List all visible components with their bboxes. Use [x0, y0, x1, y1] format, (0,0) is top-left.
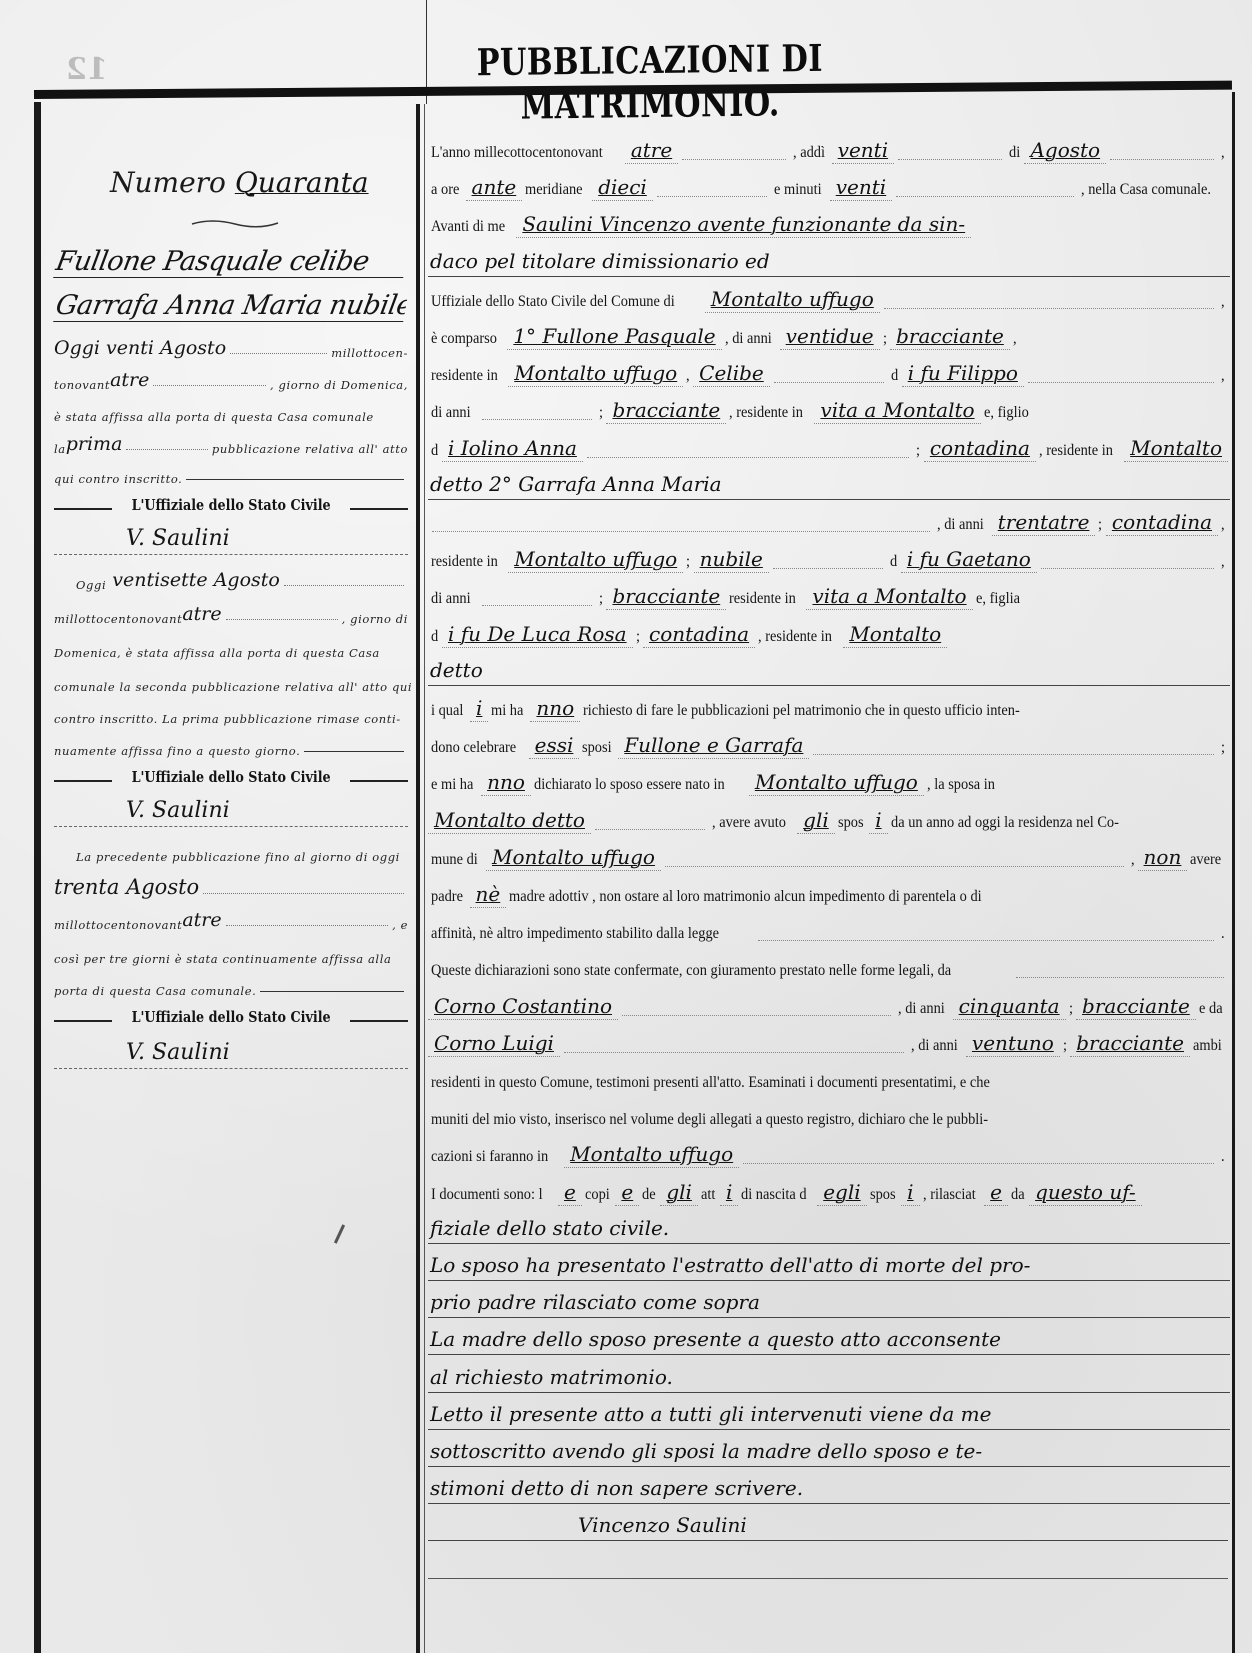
printed-text: d: [891, 367, 898, 387]
printed-text: e, figlia: [976, 590, 1020, 610]
printed-text: , rilasciat: [923, 1186, 976, 1206]
printed-text: ambi: [1193, 1037, 1222, 1057]
officer-heading-3: L'Uffiziale dello Stato Civile: [54, 1008, 408, 1026]
handwritten-entry: bracciante: [890, 324, 1010, 350]
blank-fill-line: [657, 196, 767, 197]
handwritten-entry: gli: [660, 1180, 698, 1206]
handwritten-entry: nno: [530, 696, 580, 722]
handwritten-entry: Montalto detto: [428, 808, 591, 834]
form-line: di Iolino Anna;contadina, residente inMo…: [428, 432, 1228, 462]
blank-fill-line: [622, 1015, 891, 1016]
printed-text: è comparso: [431, 330, 497, 350]
handwritten-entry: contadina: [1106, 510, 1218, 536]
printed-text: di nascita d: [741, 1186, 807, 1206]
printed-text: ,: [1131, 851, 1135, 871]
handwritten-entry: vita a Montalto: [806, 584, 972, 610]
printed-text: sposi: [582, 739, 612, 759]
printed-text: , avere avuto: [712, 814, 786, 834]
printed-text: di anni: [431, 404, 471, 424]
printed-text: , residente in: [758, 628, 832, 648]
frame-right-border: [1232, 92, 1235, 1653]
handwritten-entry: non: [1138, 845, 1188, 871]
handwritten-entry: venti: [832, 138, 894, 164]
form-line: residente inMontalto uffugo;nubiledi fu …: [428, 543, 1228, 573]
first-pub-line-5: qui contro inscritto.: [54, 458, 408, 486]
printed-text: muniti del mio visto, inserisco nel volu…: [431, 1111, 988, 1131]
blank-fill-line: [1041, 568, 1214, 569]
form-line: i qualimi hannorichiesto di fare le pubb…: [428, 692, 1228, 722]
form-line: affinità, nè altro impedimento stabilito…: [428, 915, 1228, 945]
handwritten-entry: i fu Gaetano: [901, 547, 1037, 573]
handwritten-entry: bracciante: [1076, 994, 1196, 1020]
frame-left-border: [34, 102, 41, 1653]
form-line: di anni;braccianteresidente invita a Mon…: [428, 580, 1228, 610]
printed-text: spos: [838, 814, 864, 834]
blank-fill-line: [1028, 382, 1214, 383]
frame-column-divider: [416, 104, 420, 1653]
blank-fill-line: [813, 754, 1213, 755]
stray-ink-mark: [334, 1224, 345, 1243]
handwritten-entry: atre: [625, 138, 678, 164]
printed-text: ;: [686, 553, 690, 573]
printed-text: d: [890, 553, 897, 573]
form-line: Montalto detto, avere avutoglisposida un…: [428, 804, 1228, 834]
printed-text: L'anno millecottocentonovant: [431, 144, 603, 164]
printed-text: de: [642, 1186, 656, 1206]
officer-signature-1: V. Saulini: [54, 524, 408, 555]
handwritten-line: sottoscritto avendo gli sposi la madre d…: [428, 1436, 1230, 1467]
form-line: residente inMontalto uffugo,Celibedi fu …: [428, 357, 1228, 387]
handwritten-entry: bracciante: [606, 398, 726, 424]
printed-text: residente in: [431, 553, 498, 573]
printed-text: richiesto di fare le pubblicazioni pel m…: [583, 702, 1020, 722]
handwritten-line: daco pel titolare dimissionario ed: [428, 246, 1230, 277]
printed-text: ,: [1221, 144, 1225, 164]
handwritten-line: detto: [428, 655, 1230, 686]
printed-text: mune di: [431, 851, 478, 871]
printed-text: ;: [1063, 1037, 1067, 1057]
handwritten-line: prio padre rilasciato come sopra: [428, 1287, 1230, 1318]
printed-text: ;: [1221, 739, 1225, 759]
handwritten-entry: egli: [817, 1180, 866, 1206]
printed-text: d: [431, 442, 438, 462]
blank-fill-line: [1016, 977, 1224, 978]
printed-text: da: [1011, 1186, 1025, 1206]
record-number: Numero Quaranta: [110, 166, 369, 199]
first-pub-line-3: è stata affissa alla porta di questa Cas…: [54, 396, 408, 424]
printed-text: ;: [883, 330, 887, 350]
printed-text: , nella Casa comunale.: [1081, 181, 1211, 201]
printed-text: madre adottiv , non ostare al loro matri…: [509, 888, 982, 908]
printed-text: ,: [1013, 330, 1017, 350]
printed-text: ,: [1221, 367, 1225, 387]
form-line: Corno Luigi, di anniventuno;braccianteam…: [428, 1027, 1228, 1057]
handwritten-entry: Fullone e Garrafa: [618, 733, 809, 759]
handwritten-entry: venti: [830, 175, 892, 201]
printed-text: di anni: [431, 590, 471, 610]
handwritten-entry: cinquanta: [953, 994, 1066, 1020]
handwritten-entry: questo uf-: [1029, 1180, 1142, 1206]
printed-text: padre: [431, 888, 463, 908]
third-pub-line-5: porta di questa Casa comunale.: [54, 970, 408, 998]
handwritten-line: al richiesto matrimonio.: [428, 1362, 1230, 1393]
handwritten-entry: Montalto uffugo: [705, 287, 880, 313]
handwritten-entry: Corno Costantino: [428, 994, 618, 1020]
record-number-value: Quaranta: [235, 166, 369, 199]
blank-fill-line: [482, 605, 592, 606]
blank-fill-line: [665, 866, 1124, 867]
handwritten-entry: i fu Filippo: [902, 361, 1024, 387]
handwritten-entry: Celibe: [693, 361, 770, 387]
handwritten-entry: nubile: [694, 547, 769, 573]
handwritten-entry: trentatre: [992, 510, 1096, 536]
second-pub-line-3: Domenica, è stata affissa alla porta di …: [54, 632, 408, 660]
printed-text: , di anni: [911, 1037, 958, 1057]
printed-text: cazioni si faranno in: [431, 1148, 548, 1168]
form-line: a oreantemeridianediecie minutiventi, ne…: [428, 171, 1228, 201]
third-pub-line-3: millottocentonovant atre , e: [54, 904, 408, 932]
handwritten-line: fiziale dello stato civile.: [428, 1213, 1230, 1244]
blank-fill-line: [595, 829, 705, 830]
printed-text: mi ha: [491, 702, 523, 722]
second-pub-line-6: nuamente affissa fino a questo giorno.: [54, 730, 408, 758]
handwritten-entry: bracciante: [1070, 1031, 1190, 1057]
second-pub-line-2: millottocentonovant atre , giorno di: [54, 598, 408, 626]
printed-text: , addì: [793, 144, 825, 164]
form-line: è comparso1° Fullone Pasquale, di annive…: [428, 320, 1228, 350]
blank-fill-line: [482, 419, 592, 420]
printed-text: att: [701, 1186, 715, 1206]
printed-text: d: [431, 628, 438, 648]
handwritten-entry: gli: [797, 808, 835, 834]
officer-heading-2: L'Uffiziale dello Stato Civile: [54, 768, 408, 786]
handwritten-entry: Agosto: [1024, 138, 1106, 164]
printed-text: i qual: [431, 702, 463, 722]
form-line: muniti del mio visto, inserisco nel volu…: [428, 1101, 1228, 1131]
printed-text: , la sposa in: [927, 776, 995, 796]
first-pub-line-2: tonovant atre , giorno di Domenica,: [54, 364, 408, 392]
form-line: mune diMontalto uffugo,nonavere: [428, 841, 1228, 871]
form-line: di anni;bracciante, residente invita a M…: [428, 394, 1228, 424]
handwritten-entry: ante: [466, 175, 523, 201]
handwritten-entry: 1° Fullone Pasquale: [507, 324, 721, 350]
printed-text: , di anni: [898, 1000, 945, 1020]
printed-text: residente in: [729, 590, 796, 610]
printed-text: dichiarato lo sposo essere nato in: [534, 776, 725, 796]
first-pub-line-4: la prima pubblicazione relativa all' att…: [54, 428, 408, 456]
third-pub-line-1: La precedente pubblicazione fino al gior…: [54, 836, 408, 864]
blank-fill-line: [896, 196, 1073, 197]
printed-text: Queste dichiarazioni sono state conferma…: [431, 962, 951, 982]
printed-text: residente in: [431, 367, 498, 387]
blank-fill-line: [758, 940, 1214, 941]
handwritten-line: Lo sposo ha presentato l'estratto dell'a…: [428, 1250, 1230, 1281]
handwritten-entry: e: [558, 1180, 582, 1206]
handwritten-entry: Montalto uffugo: [508, 547, 683, 573]
blank-fill-line: [682, 159, 786, 160]
first-pub-line-1: Oggi venti Agosto millottocen-: [54, 332, 408, 360]
printed-text: e da: [1199, 1000, 1223, 1020]
printed-text: , residente in: [1039, 442, 1113, 462]
form-line: di fu De Luca Rosa;contadina, residente …: [428, 618, 1228, 648]
form-line: L'anno millecottocentonovantatre, addìve…: [428, 134, 1228, 164]
third-pub-line-4: così per tre giorni è stata continuament…: [54, 938, 408, 966]
printed-text: meridiane: [525, 181, 583, 201]
printed-text: di: [1009, 144, 1020, 164]
blank-fill-line: [884, 308, 1214, 309]
printed-text: , di anni: [937, 516, 984, 536]
officiant-signature: Vincenzo Saulini: [428, 1510, 1228, 1541]
printed-text: I documenti sono: l: [431, 1186, 543, 1206]
printed-text: avere: [1190, 851, 1221, 871]
handwritten-entry: essi: [529, 733, 580, 759]
handwritten-entry: i: [470, 696, 488, 722]
officer-signature-3: V. Saulini: [54, 1038, 408, 1069]
handwritten-entry: Montalto uffugo: [564, 1142, 739, 1168]
handwritten-entry: contadina: [643, 622, 755, 648]
handwritten-entry: Corno Luigi: [428, 1031, 560, 1057]
form-line: Queste dichiarazioni sono state conferma…: [428, 952, 1228, 982]
printed-text: spos: [870, 1186, 896, 1206]
handwritten-entry: nno: [481, 770, 531, 796]
handwritten-entry: i: [720, 1180, 738, 1206]
spouse-groom-name: Fullone Pasquale celibe: [53, 246, 409, 278]
handwritten-entry: nè: [470, 882, 507, 908]
printed-text: ,: [1221, 516, 1225, 536]
second-pub-line-4: comunale la seconda pubblicazione relati…: [54, 666, 408, 694]
form-line: padrenèmadre adottiv , non ostare al lor…: [428, 878, 1228, 908]
officer-signature-2: V. Saulini: [54, 796, 408, 827]
handwritten-entry: Saulini Vincenzo avente funzionante da s…: [516, 212, 971, 238]
blank-fill-line: [1110, 159, 1214, 160]
printed-text: residenti in questo Comune, testimoni pr…: [431, 1074, 990, 1094]
blank-fill-line: [774, 382, 884, 383]
handwritten-entry: Montalto uffugo: [508, 361, 683, 387]
printed-text: .: [1221, 1148, 1225, 1168]
flourish-ornament: [190, 218, 280, 228]
handwritten-line: detto 2° Garrafa Anna Maria: [428, 469, 1230, 500]
form-line: , di annitrentatre;contadina,: [428, 506, 1228, 536]
form-line: Corno Costantino, di annicinquanta;bracc…: [428, 990, 1228, 1020]
form-line: dono celebrareessisposiFullone e Garrafa…: [428, 729, 1228, 759]
handwritten-line: stimoni detto di non sapere scrivere.: [428, 1473, 1230, 1504]
printed-text: ;: [599, 590, 603, 610]
second-pub-line-5: contro inscritto. La prima pubblicazione…: [54, 698, 408, 726]
printed-text: ;: [636, 628, 640, 648]
blank-fill-line: [564, 1052, 904, 1053]
handwritten-entry: contadina: [924, 436, 1036, 462]
handwritten-line: Letto il presente atto a tutti gli inter…: [428, 1399, 1230, 1430]
officer-heading-1: L'Uffiziale dello Stato Civile: [54, 496, 408, 514]
handwritten-entry: vita a Montalto: [814, 398, 980, 424]
handwritten-entry: Montalto uffugo: [486, 845, 661, 871]
printed-text: dono celebrare: [431, 739, 516, 759]
handwritten-entry: ventuno: [966, 1031, 1060, 1057]
second-pub-line-1: Oggi ventisette Agosto: [54, 564, 408, 592]
form-line: Avanti di meSaulini Vincenzo avente funz…: [428, 208, 1228, 238]
blank-fill-line: [743, 1163, 1214, 1164]
spouse-bride-name: Garrafa Anna Maria nubile: [53, 290, 409, 322]
printed-text: e mi ha: [431, 776, 473, 796]
handwritten-entry: dieci: [592, 175, 653, 201]
printed-text: , residente in: [729, 404, 803, 424]
blank-fill-line: [898, 159, 1002, 160]
handwritten-entry: Montalto uffugo: [749, 770, 924, 796]
handwritten-entry: i Iolino Anna: [442, 436, 583, 462]
ghost-page-number: 12: [66, 52, 108, 87]
blank-fill-line: [432, 531, 930, 532]
form-line: Uffiziale dello Stato Civile del Comune …: [428, 283, 1228, 313]
printed-text: e minuti: [774, 181, 822, 201]
handwritten-entry: i: [869, 808, 887, 834]
printed-text: ;: [599, 404, 603, 424]
frame-column-divider-thin: [424, 104, 425, 1653]
blank-rule: [428, 1578, 1228, 1579]
handwritten-line: La madre dello sposo presente a questo a…: [428, 1324, 1230, 1355]
printed-text: a ore: [431, 181, 459, 201]
printed-text: ,: [686, 367, 690, 387]
form-line: residenti in questo Comune, testimoni pr…: [428, 1064, 1228, 1094]
printed-text: Avanti di me: [431, 218, 505, 238]
third-pub-line-2: trenta Agosto: [54, 872, 408, 900]
handwritten-entry: e: [615, 1180, 639, 1206]
handwritten-entry: Montalto: [843, 622, 947, 648]
record-number-label: Numero: [110, 166, 226, 199]
handwritten-entry: bracciante: [606, 584, 726, 610]
blank-fill-line: [773, 568, 883, 569]
printed-text: ;: [1098, 516, 1102, 536]
printed-text: , di anni: [725, 330, 772, 350]
printed-text: ;: [1069, 1000, 1073, 1020]
handwritten-entry: i fu De Luca Rosa: [442, 622, 633, 648]
printed-text: ,: [1221, 553, 1225, 573]
printed-text: .: [1221, 925, 1225, 945]
handwritten-entry: Montalto: [1124, 436, 1228, 462]
printed-text: ;: [916, 442, 920, 462]
form-line: e mi hannodichiarato lo sposo essere nat…: [428, 766, 1228, 796]
form-line: I documenti sono: lecopiedegliattidi nas…: [428, 1176, 1228, 1206]
printed-text: copi: [585, 1186, 610, 1206]
printed-text: affinità, nè altro impedimento stabilito…: [431, 925, 719, 945]
handwritten-entry: e: [984, 1180, 1008, 1206]
handwritten-entry: i: [901, 1180, 919, 1206]
printed-text: ,: [1221, 293, 1225, 313]
handwritten-entry: ventidue: [780, 324, 880, 350]
printed-text: Uffiziale dello Stato Civile del Comune …: [431, 293, 675, 313]
document-title: PUBBLICAZIONI DI MATRIMONIO.: [354, 34, 945, 130]
form-line: cazioni si faranno inMontalto uffugo.: [428, 1138, 1228, 1168]
printed-text: da un anno ad oggi la residenza nel Co-: [891, 814, 1119, 834]
printed-text: e, figlio: [984, 404, 1029, 424]
blank-fill-line: [587, 457, 910, 458]
